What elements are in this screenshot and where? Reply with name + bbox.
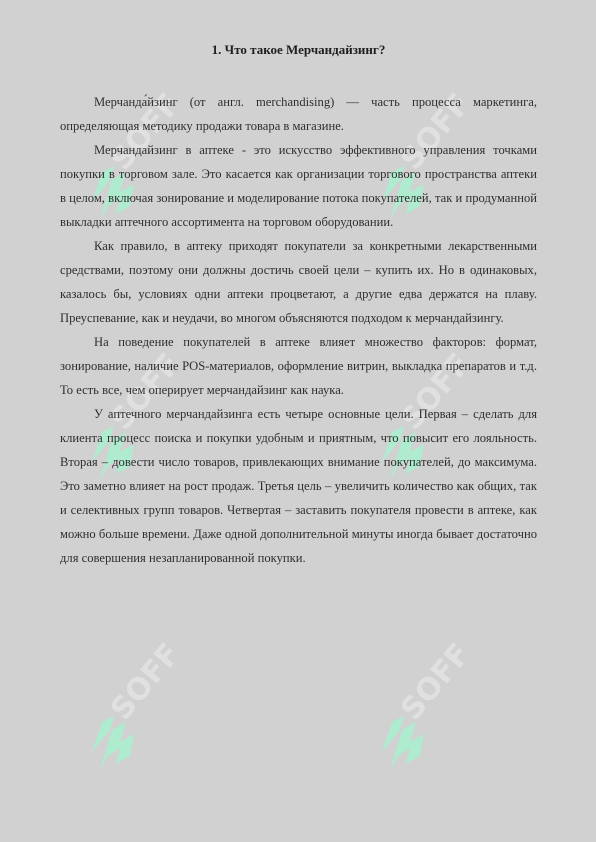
watermark: SOFF <box>360 620 480 780</box>
soff-logo-icon: SOFF <box>360 620 480 780</box>
watermark: SOFF <box>70 620 190 780</box>
document-page: SOFF SOFF SOFF SOFF <box>0 0 596 842</box>
svg-text:SOFF: SOFF <box>394 637 477 727</box>
paragraph: Как правило, в аптеку приходят покупател… <box>60 234 537 330</box>
section-heading: 1. Что такое Мерчандайзинг? <box>60 40 537 60</box>
document-body: Мерчанда́йзинг (от англ. merchandising) … <box>60 90 537 570</box>
document-content: 1. Что такое Мерчандайзинг? Мерчанда́йзи… <box>60 40 537 570</box>
paragraph: Мерчандайзинг в аптеке - это искусство э… <box>60 138 537 234</box>
svg-text:SOFF: SOFF <box>104 637 187 727</box>
paragraph: Мерчанда́йзинг (от англ. merchandising) … <box>60 90 537 138</box>
paragraph: На поведение покупателей в аптеке влияет… <box>60 330 537 402</box>
paragraph: У аптечного мерчандайзинга есть четыре о… <box>60 402 537 570</box>
soff-logo-icon: SOFF <box>70 620 190 780</box>
